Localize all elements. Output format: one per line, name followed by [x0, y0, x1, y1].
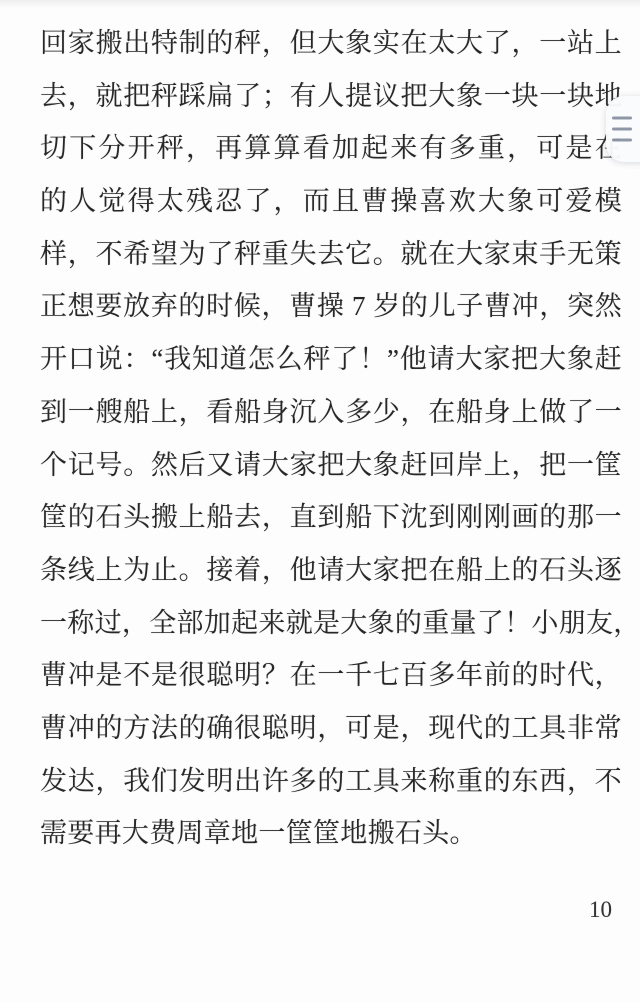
document-page: 回家搬出特制的秤，但大象实在太大了，一站上 去，就把秤踩扁了；有人提议把大象一块… — [0, 0, 640, 1002]
text-line: 样，不希望为了秤重失去它。就在大家束手无策 — [40, 228, 622, 281]
text-line: 发达，我们发明出许多的工具来称重的东西，不 — [40, 755, 622, 808]
text-line: 曹冲是不是很聪明？在一千七百多年前的时代， — [40, 649, 622, 702]
text-line: 的人觉得太残忍了，而且曹操喜欢大象可爱模 — [40, 175, 622, 228]
text-line: 回家搬出特制的秤，但大象实在太大了，一站上 — [40, 17, 622, 70]
text-line: 个记号。然后又请大家把大象赶回岸上，把一筐 — [40, 439, 622, 492]
text-line: 条线上为止。接着，他请大家把在船上的石头逐 — [40, 544, 622, 597]
page-number: 10 — [589, 896, 612, 924]
text-line: 需要再大费周章地一筐筐地搬石头。 — [40, 807, 622, 860]
text-line: 正想要放弃的时候，曹操 7 岁的儿子曹冲，突然 — [40, 280, 622, 333]
text-line: 一称过，全部加起来就是大象的重量了！小朋友， — [40, 597, 622, 650]
text-line: 到一艘船上，看船身沉入多少，在船身上做了一 — [40, 386, 622, 439]
text-line: 筐的石头搬上船去，直到船下沈到刚刚画的那一 — [40, 491, 622, 544]
floating-menu-button[interactable] — [606, 96, 640, 162]
text-line: 曹冲的方法的确很聪明，可是，现代的工具非常 — [40, 702, 622, 755]
text-line: 切下分开秤，再算算看加起来有多重，可是在 — [40, 122, 622, 175]
hamburger-menu-icon — [612, 117, 632, 142]
text-block: 回家搬出特制的秤，但大象实在太大了，一站上 去，就把秤踩扁了；有人提议把大象一块… — [40, 17, 622, 860]
text-line: 去，就把秤踩扁了；有人提议把大象一块一块地 — [40, 70, 622, 123]
text-line: 开口说：“我知道怎么秤了！”他请大家把大象赶 — [40, 333, 622, 386]
